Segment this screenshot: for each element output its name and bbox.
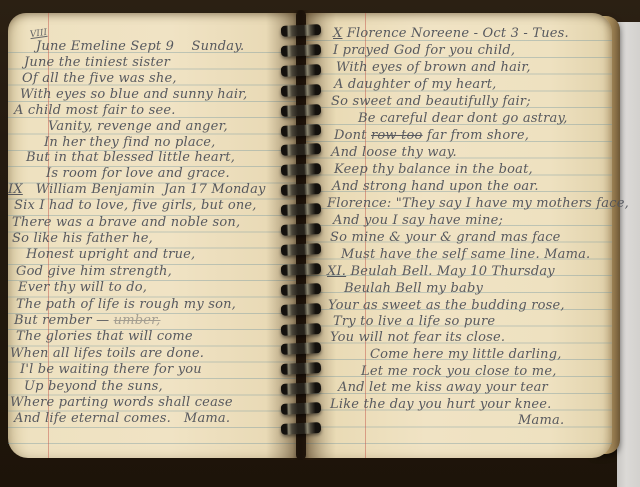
left-page: VIII: [8, 13, 302, 458]
ruled-lines: [302, 40, 612, 448]
entry-number-corner-mark: VIII: [29, 28, 47, 40]
background-strip: [617, 22, 640, 487]
red-margin-line: [48, 13, 49, 458]
right-page: [302, 13, 612, 458]
notebook-photo: VIII June Emeline Sept 9 Sunday.June the…: [0, 0, 640, 487]
red-margin-line: [365, 13, 366, 458]
gutter-gap: [296, 10, 306, 460]
ruled-lines: [8, 52, 302, 448]
